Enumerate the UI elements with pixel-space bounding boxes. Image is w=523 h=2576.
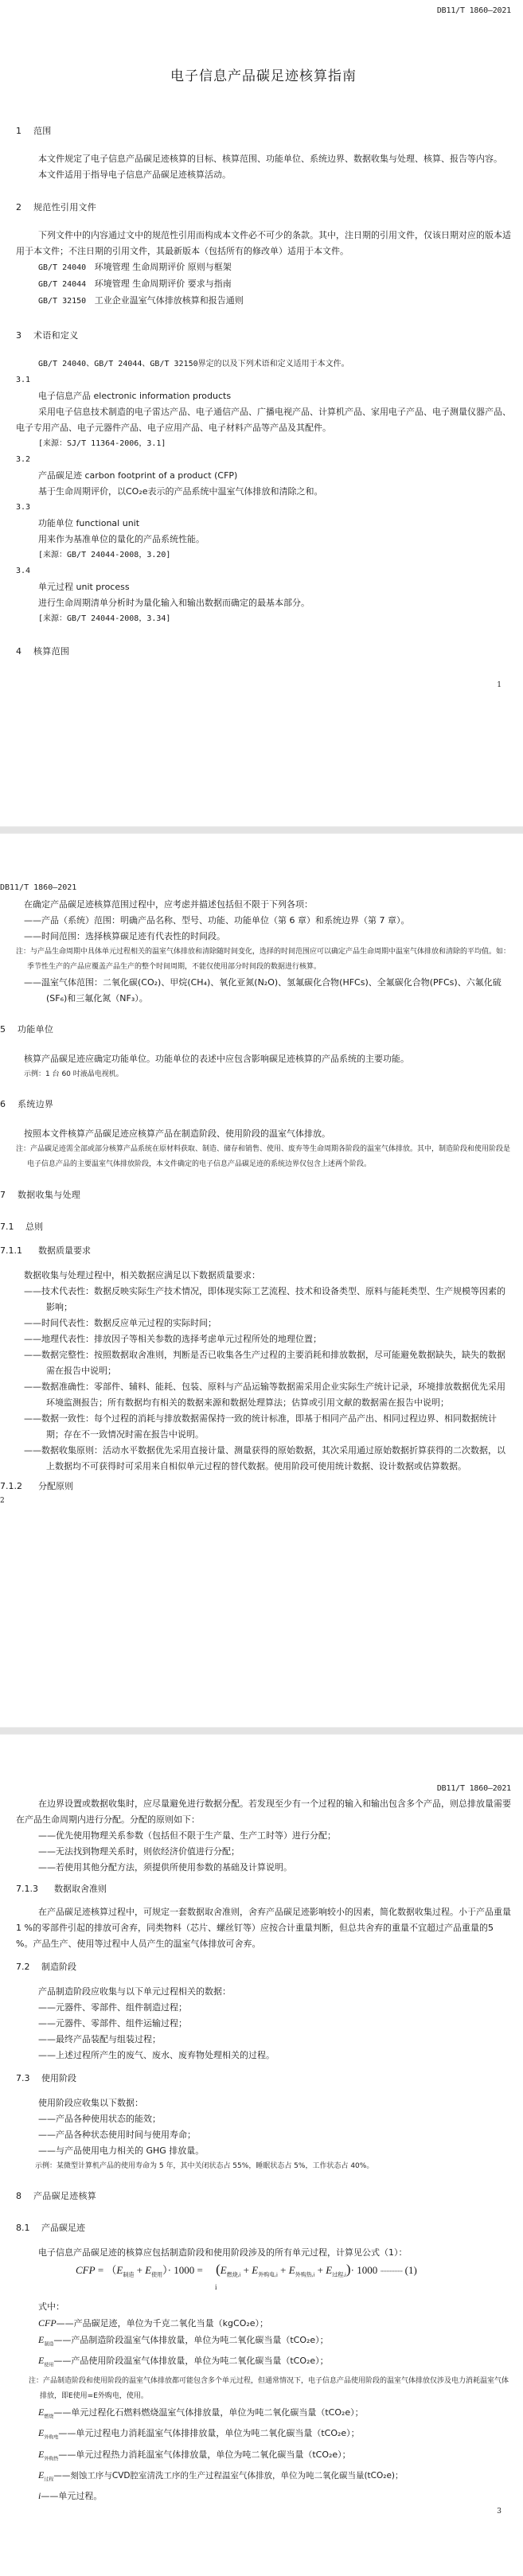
list-item: ——无法找到物理关系时，则依经济价值进行分配； — [16, 1844, 511, 1860]
paragraph: 本文件规定了电子信息产品碳足迹核算的目标、核算范围、功能单位、系统边界、数据收集… — [16, 151, 511, 167]
term-definition: 用来作为基准单位的量化的产品系统性能。 — [16, 532, 511, 548]
reference-item: GB/T 32150 工业企业温室气体排放核算和报告通则 — [16, 293, 511, 310]
subsection-number: 7.1.1 — [0, 1245, 38, 1256]
formula-leader-dots: ·············· — [380, 2267, 402, 2275]
list-item: ——上述过程所产生的废气、废水、废弃物处理相关的过程。 — [16, 2048, 511, 2064]
section-title: 范围 — [33, 126, 52, 136]
section-title: 数据收集与处理 — [18, 1190, 80, 1200]
page-2: DB11/T 1860—2021 在确定产品碳足迹核算范围过程中，应考虑并描述包… — [0, 834, 523, 1727]
paragraph: 使用阶段应收集以下数据： — [16, 2095, 511, 2111]
subsection-number: 7.2 — [16, 1962, 41, 1972]
variable-definition: E外购热——单元过程热力消耗温室气体排放量，单位为吨二氧化碳当量（tCO₂e）； — [16, 2446, 511, 2467]
variable-sub: 外购电 — [44, 2436, 58, 2441]
formula-label: (1) — [405, 2264, 417, 2276]
variable-sub: 制造 — [44, 2342, 53, 2347]
paragraph: 按照本文件核算产品碳足迹应核算产品在制造阶段、使用阶段的温室气体排放。 — [16, 1126, 511, 1142]
term-number: 3.1 — [16, 372, 511, 388]
term-name: 产品碳足迹 carbon footprint of a product (CFP… — [16, 468, 511, 484]
paragraph: 本文件适用于指导电子信息产品碳足迹核算活动。 — [16, 167, 511, 183]
section-title: 核算范围 — [33, 646, 69, 657]
section-number: 6 — [0, 1099, 18, 1109]
variable-definition: E制造——产品制造阶段温室气体排放量，单位为吨二氧化碳当量（tCO₂e）； — [16, 2332, 511, 2352]
reference-code: GB/T 24044 — [38, 280, 86, 289]
list-item: ——产品各种状态使用时间与使用寿命； — [16, 2127, 511, 2143]
section-title: 规范性引用文件 — [33, 202, 96, 212]
note: 注：产品碳足迹需全部或部分核算产品系统在原材料获取、制造、储存和销售、使用、废弃… — [16, 1142, 511, 1172]
list-item: ——温室气体范围：二氧化碳(CO₂)、甲烷(CH₄)、氧化亚氮(N₂O)、氢氟碳… — [16, 975, 511, 1007]
subsection-number: 7.1.2 — [0, 1481, 38, 1491]
term-name: 单元过程 unit process — [16, 579, 511, 595]
subsection-title: 分配原则 — [38, 1481, 73, 1491]
list-item: ——最终产品装配与组装过程； — [16, 2032, 511, 2048]
variable-definition: E燃烧——单元过程化石燃料燃烧温室气体排放量，单位为吨二氧化碳当量（tCO₂e）… — [16, 2404, 511, 2425]
list-item: ——地理代表性：排放因子等相关参数的选择考虑单元过程所处的地理位置； — [16, 1331, 511, 1347]
paragraph: 核算产品碳足迹应确定功能单位。功能单位的表述中应包含影响碳足迹核算的产品系统的主… — [0, 1051, 511, 1067]
subsection-7-2-heading: 7.2制造阶段 — [16, 1960, 511, 1973]
term-source: [来源：GB/T 24044-2008，3.34] — [16, 611, 511, 627]
list-item: ——元器件、零部件、组件运输过程； — [16, 2016, 511, 2032]
subsection-title: 数据取舍准则 — [54, 1884, 107, 1894]
section-1-heading: 1范围 — [16, 124, 511, 137]
list-item: ——与产品使用电力相关的 GHG 排放量。 — [16, 2143, 511, 2159]
reference-code: GB/T 24040 — [38, 263, 86, 272]
paragraph: 产品制造阶段应收集与以下单元过程相关的数据： — [16, 1984, 511, 2000]
term-definition: 采用电子信息技术制造的电子雷达产品、电子通信产品、广播电视产品、计算机产品、家用… — [16, 404, 511, 436]
subsection-7-1-3-heading: 7.1.3数据取舍准则 — [16, 1882, 511, 1895]
formula-sub: 使用 — [151, 2272, 162, 2278]
section-title: 系统边界 — [18, 1099, 53, 1109]
list-item: ——数据准确性：零部件、辅料、能耗、包装、原料与产品运输等数据需采用企业实际生产… — [16, 1379, 511, 1411]
page-separator — [0, 1727, 523, 1735]
page-number: 3 — [16, 2508, 511, 2516]
page-separator — [0, 826, 523, 834]
variable-desc: ——刻蚀工序与CVD腔室清洗工序的生产过程温室气体排放，单位为吨二氧化碳当量(t… — [53, 2471, 403, 2481]
subsection-8-1-heading: 8.1产品碳足迹 — [16, 2221, 511, 2234]
standard-code-header: DB11/T 1860—2021 — [16, 1784, 511, 1793]
formula-sub: 外购热,i — [295, 2272, 315, 2278]
subsection-7-1-heading: 7.1总则 — [0, 1220, 511, 1233]
variable-definition: i——单元过程。 — [16, 2488, 511, 2504]
example: 示例：某微型计算机产品的使用寿命为 5 年，其中关闭状态占 55%，睡眠状态占 … — [16, 2159, 511, 2173]
list-item: ——元器件、零部件、组件制造过程； — [16, 2000, 511, 2016]
variable-desc: ——单元过程热力消耗温室气体排放量，单位为吨二氧化碳当量（tCO₂e）； — [58, 2449, 350, 2460]
paragraph: 电子信息产品碳足迹的核算应包括制造阶段和使用阶段涉及的所有单元过程，计算见公式（… — [16, 2245, 511, 2261]
formula-sub: 过程,i — [332, 2272, 346, 2278]
formula-multiplier: 1000 — [357, 2264, 377, 2276]
reference-item: GB/T 24044 环境管理 生命周期评价 要求与指南 — [16, 276, 511, 293]
list-item: ——产品各种使用状态的能效； — [16, 2111, 511, 2127]
standard-code-header: DB11/T 1860—2021 — [0, 883, 511, 892]
term-source: [来源：GB/T 24044-2008，3.20] — [16, 548, 511, 563]
variable-desc: ——单元过程化石燃料燃烧温室气体排放量，单位为吨二氧化碳当量（tCO₂e）； — [53, 2407, 363, 2418]
reference-title: 环境管理 生命周期评价 要求与指南 — [95, 279, 232, 289]
reference-title: 环境管理 生命周期评价 原则与框架 — [95, 262, 232, 272]
formula-sub: 外购电,i — [258, 2272, 278, 2278]
list-item: ——产品（系统）范围：明确产品名称、型号、功能、功能单位（第 6 章）和系统边界… — [16, 913, 511, 929]
section-4-heading: 4核算范围 — [16, 645, 511, 657]
section-8-heading: 8产品碳足迹核算 — [16, 2189, 511, 2202]
list-item: ——优先使用物理关系参数（包括但不限于生产量、生产工时等）进行分配； — [16, 1828, 511, 1844]
list-item: ——数据一致性：每个过程的消耗与排放数据需保持一致的统计标准，即基于相同产品产出… — [16, 1411, 511, 1443]
where-label: 式中： — [16, 2299, 511, 2315]
term-source: [来源：SJ/T 11364-2006，3.1] — [16, 436, 511, 452]
section-number: 2 — [16, 202, 33, 212]
example: 示例：1 台 60 吋液晶电视机。 — [16, 1067, 511, 1081]
term-name: 电子信息产品 electronic information products — [16, 388, 511, 404]
section-3-heading: 3术语和定义 — [16, 329, 511, 341]
list-item: ——时间代表性：数据反应单元过程的实际时间； — [16, 1315, 511, 1331]
standard-code-header: DB11/T 1860—2021 — [16, 6, 511, 15]
variable-desc: ——产品使用阶段温室气体排放量，单位为吨二氧化碳当量（tCO₂e）； — [53, 2356, 328, 2366]
section-2-heading: 2规范性引用文件 — [16, 201, 511, 213]
paragraph: GB/T 24040、GB/T 24044、GB/T 32150界定的以及下列术… — [16, 356, 511, 372]
subsection-title: 使用阶段 — [41, 2073, 76, 2083]
variable-desc: ——产品碳足迹，单位为千克二氧化当量（kgCO₂e）； — [57, 2318, 268, 2329]
paragraph: 在产品碳足迹核算过程中，可规定一套数据取舍准则，舍弃产品碳足迹影响较小的因素，简… — [16, 1904, 511, 1952]
subsection-title: 制造阶段 — [41, 1962, 76, 1972]
variable-sub: 过程 — [44, 2477, 53, 2482]
formula-sub: 制造 — [123, 2272, 134, 2278]
variable-desc: ——单元过程。 — [41, 2491, 102, 2501]
note: 注：与产品生命周期中具体单元过程相关的温室气体排放和清除随时间变化，选择的时间范… — [16, 945, 511, 975]
paragraph: 数据收集与处理过程中，相关数据应满足以下数据质量要求： — [16, 1268, 511, 1284]
page-1: DB11/T 1860—2021 电子信息产品碳足迹核算指南 1范围 本文件规定… — [0, 0, 523, 826]
variable-symbol: CFP — [38, 2317, 57, 2329]
term-number: 3.3 — [16, 500, 511, 516]
list-item: ——若使用其他分配方法，须提供所使用参数的基础及计算说明。 — [16, 1860, 511, 1876]
subsection-7-3-heading: 7.3使用阶段 — [16, 2071, 511, 2084]
subsection-title: 产品碳足迹 — [41, 2223, 85, 2233]
subsection-number: 7.1 — [0, 1222, 25, 1232]
subsection-number: 7.3 — [16, 2073, 41, 2083]
subsection-7-1-2-heading: 7.1.2分配原则 — [0, 1479, 511, 1492]
page-number: 1 — [16, 681, 511, 689]
subsection-7-1-1-heading: 7.1.1数据质量要求 — [0, 1244, 511, 1257]
paragraph: 下列文件中的内容通过文中的规范性引用而构成本文件必不可少的条款。其中，注日期的引… — [16, 228, 511, 259]
variable-sub: 燃烧 — [44, 2414, 53, 2419]
term-definition: 基于生命周期评价，以CO₂e表示的产品系统中温室气体排放和清除之和。 — [16, 484, 511, 500]
section-title: 术语和定义 — [33, 330, 79, 341]
paragraph: 在确定产品碳足迹核算范围过程中，应考虑并描述包括但不限于下列各项： — [16, 897, 511, 913]
list-item: ——技术代表性：数据反映实际生产技术情况，即体现实际工艺流程、技术和设备类型、原… — [16, 1284, 511, 1315]
section-number: 7 — [0, 1190, 18, 1200]
variable-definition: E外购电——单元过程电力消耗温室气体排排放量，单位为吨二氧化碳当量（tCO₂e）… — [16, 2425, 511, 2445]
page-3: DB11/T 1860—2021 在边界设置或数据收集时，应尽量避免进行数据分配… — [0, 1735, 523, 2576]
section-number: 8 — [16, 2191, 33, 2201]
formula-1: CFP = （E制造 + E使用）· 1000 = (E燃烧,i + E外购电,… — [16, 2261, 511, 2296]
variable-definition: CFP——产品碳足迹，单位为千克二氧化当量（kgCO₂e）； — [16, 2315, 511, 2332]
variable-sub: 外购热 — [44, 2457, 58, 2461]
subsection-title: 数据质量要求 — [38, 1245, 91, 1256]
note: 注：产品制造阶段和使用阶段的温室气体排放都可能包含多个单元过程，但通常情况下，电… — [16, 2374, 511, 2404]
section-number: 1 — [16, 126, 33, 136]
subsection-title: 总则 — [25, 1222, 43, 1232]
document-title: 电子信息产品碳足迹核算指南 — [16, 64, 511, 84]
variable-desc: ——单元过程电力消耗温室气体排排放量，单位为吨二氧化碳当量（tCO₂e）； — [58, 2428, 359, 2438]
section-number: 3 — [16, 330, 33, 341]
term-number: 3.4 — [16, 563, 511, 579]
section-7-heading: 7数据收集与处理 — [0, 1188, 511, 1201]
terms-intro: GB/T 24040、GB/T 24044、GB/T 32150界定的以及下列术… — [38, 360, 349, 368]
list-item: ——时间范围：选择核算碳足迹有代表性的时间段。 — [16, 929, 511, 945]
page-number: 2 — [0, 1497, 511, 1505]
section-5-heading: 5功能单位 — [0, 1023, 511, 1035]
formula-lhs: CFP — [76, 2264, 96, 2276]
section-title: 功能单位 — [18, 1024, 53, 1035]
sum-index: i — [215, 2278, 217, 2296]
reference-code: GB/T 32150 — [38, 297, 86, 306]
variable-definition: E过程——刻蚀工序与CVD腔室清洗工序的生产过程温室气体排放，单位为吨二氧化碳当… — [16, 2467, 511, 2488]
variable-sub: 使用 — [44, 2364, 53, 2368]
term-number: 3.2 — [16, 452, 511, 468]
section-title: 产品碳足迹核算 — [33, 2191, 96, 2201]
reference-title: 工业企业温室气体排放核算和报告通则 — [95, 295, 244, 306]
formula-sub: 燃烧,i — [227, 2272, 241, 2278]
subsection-number: 7.1.3 — [16, 1884, 54, 1894]
section-6-heading: 6系统边界 — [0, 1097, 511, 1110]
term-definition: 进行生命周期清单分析时为量化输入和输出数据而确定的最基本部分。 — [16, 595, 511, 611]
section-number: 4 — [16, 646, 33, 657]
subsection-number: 8.1 — [16, 2223, 41, 2233]
list-item: ——数据完整性：按照数据取舍准则，判断是否已收集各生产过程的主要消耗和排放数据，… — [16, 1347, 511, 1379]
variable-definition: E使用——产品使用阶段温室气体排放量，单位为吨二氧化碳当量（tCO₂e）； — [16, 2352, 511, 2373]
formula-multiplier: 1000 — [174, 2264, 194, 2276]
section-number: 5 — [0, 1024, 18, 1035]
paragraph: 在边界设置或数据收集时，应尽量避免进行数据分配。若发现至少有一个过程的输入和输出… — [16, 1796, 511, 1828]
term-name: 功能单位 functional unit — [16, 516, 511, 532]
reference-item: GB/T 24040 环境管理 生命周期评价 原则与框架 — [16, 259, 511, 276]
list-item: ——数据收集原则：活动水平数据优先采用直接计量、测量获得的原始数据，其次采用通过… — [16, 1443, 511, 1475]
variable-desc: ——产品制造阶段温室气体排放量，单位为吨二氧化碳当量（tCO₂e）； — [53, 2335, 328, 2345]
